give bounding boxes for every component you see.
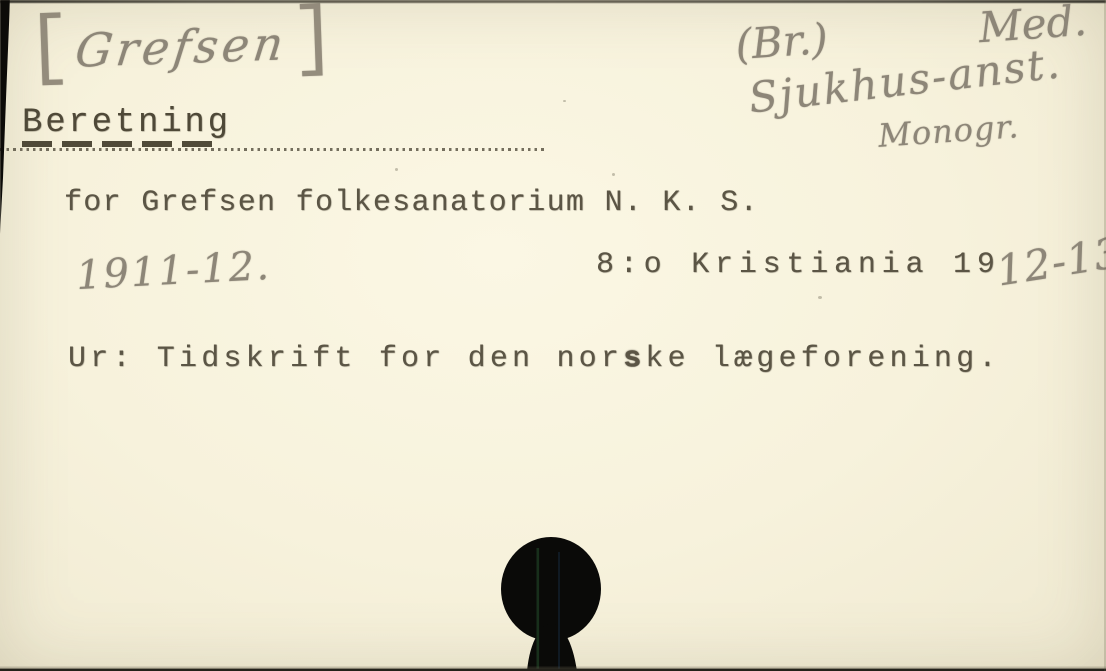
scan-edge-top [0, 0, 1106, 3]
right-bracket-mark: ] [290, 0, 338, 79]
pencil-heading: [ Grefsen ] [25, 1, 338, 88]
typed-underscore-dashes [22, 141, 218, 147]
pencil-years-span: 1911-12. [75, 243, 272, 299]
left-bracket-mark: [ [25, 9, 73, 88]
source-line-suffix: ke lægeforening. [645, 342, 1000, 376]
imprint-line: 8:o Kristiania 19 [596, 248, 1001, 282]
source-line-prefix: Ur: Tidskrift for den nor [68, 342, 623, 376]
source-line-overstruck-letter: s [623, 342, 645, 376]
printed-dotted-rule [0, 148, 546, 151]
paper-speck [818, 296, 822, 299]
catalog-card-scan: [ Grefsen ] (Br.) Med. Sjukhus-anst. Mon… [0, 0, 1106, 671]
paper-speck [563, 100, 566, 102]
pencil-class-abbrev: (Br.) [734, 14, 830, 69]
paper-speck [395, 168, 398, 171]
scan-edge-left-wedge [0, 0, 10, 234]
card-title: Beretning [22, 104, 231, 142]
scan-artifact-green-line [537, 548, 540, 671]
pencil-heading-word: Grefsen [72, 16, 290, 78]
scan-edge-bottom [0, 665, 1106, 671]
pencil-format-note: Monogr. [877, 107, 1021, 155]
statement-line: for Grefsen folkesanatorium N. K. S. [64, 186, 759, 220]
pencil-years-continuation: 12-13. [993, 225, 1106, 295]
paper-speck [612, 173, 615, 176]
source-line: Ur: Tidskrift for den norske lægeforenin… [68, 342, 1001, 376]
scan-artifact-blue-line [558, 552, 560, 671]
